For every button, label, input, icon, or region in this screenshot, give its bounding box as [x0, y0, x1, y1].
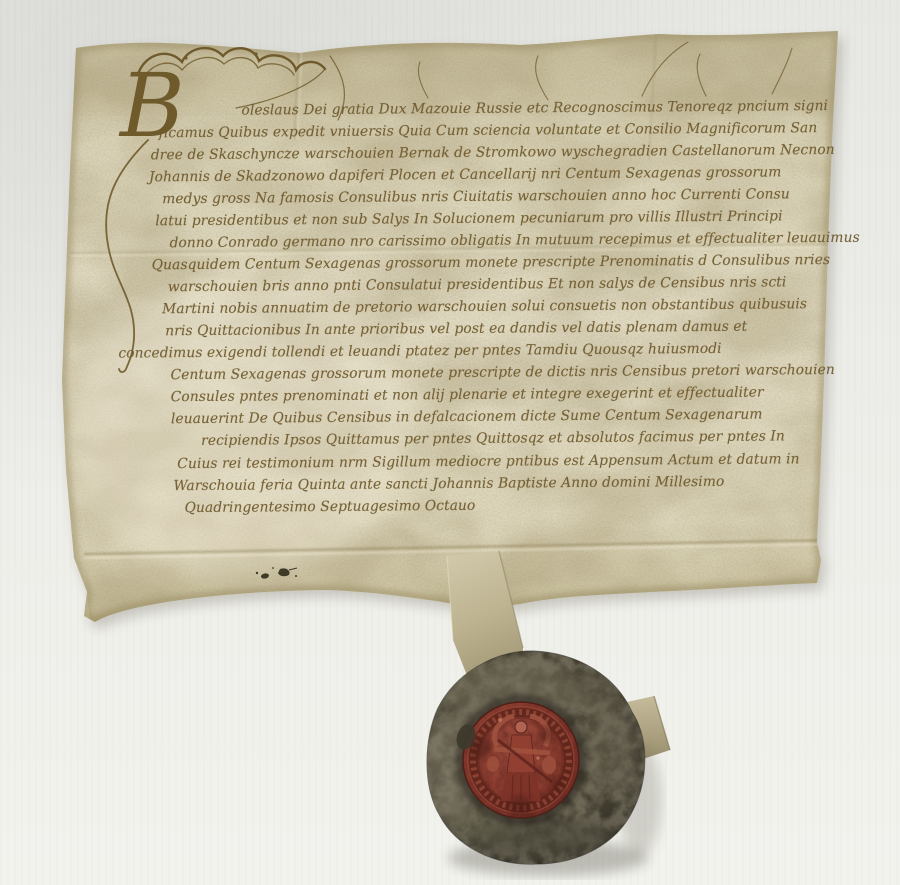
- charter-photo: B: [0, 0, 900, 885]
- photograph: B: [0, 0, 900, 885]
